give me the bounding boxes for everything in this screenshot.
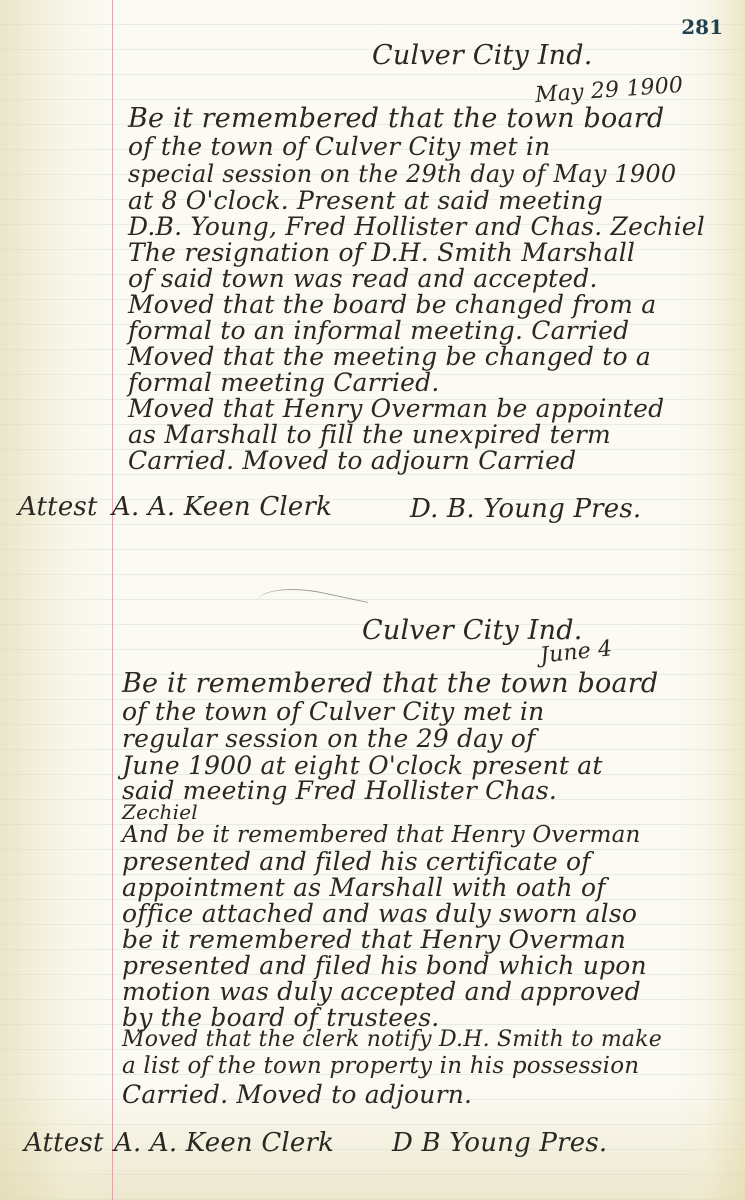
margin-rule bbox=[112, 0, 113, 1200]
entry-2-line: appointment as Marshall with oath of bbox=[122, 873, 606, 902]
entry-2-line: And be it remembered that Henry Overman bbox=[122, 822, 641, 848]
entry-1-line: of the town of Culver City met in bbox=[128, 132, 550, 161]
entry-1-line: of said town was read and accepted. bbox=[128, 264, 598, 293]
entry-2-line: presented and filed his certificate of bbox=[122, 847, 591, 876]
entry-1-attest-label: Attest bbox=[18, 492, 98, 522]
entry-1-line: Moved that the meeting be changed to a bbox=[128, 342, 651, 371]
entry-2-line: Moved that the clerk notify D.H. Smith t… bbox=[122, 1027, 662, 1052]
entry-2-line: presented and filed his bond which upon bbox=[122, 951, 647, 980]
entry-2-line: a list of the town property in his posse… bbox=[122, 1053, 639, 1079]
entry-2-line: regular session on the 29 day of bbox=[122, 724, 535, 753]
entry-1-line: Carried. Moved to adjourn Carried bbox=[128, 446, 576, 475]
entry-1-line: formal to an informal meeting. Carried bbox=[128, 316, 629, 345]
entry-2-line: Zechiel bbox=[122, 800, 198, 824]
ledger-page: 281 Culver City Ind. May 29 1900 Be it r… bbox=[0, 0, 745, 1200]
page-number: 281 bbox=[681, 15, 723, 39]
entry-2-line: be it remembered that Henry Overman bbox=[122, 925, 626, 954]
entry-1-line: The resignation of D.H. Smith Marshall bbox=[128, 238, 635, 267]
entry-1-line: special session on the 29th day of May 1… bbox=[128, 160, 676, 188]
entry-2-line: motion was duly accepted and approved bbox=[122, 977, 641, 1006]
entry-1-line: formal meeting Carried. bbox=[128, 368, 439, 397]
entry-1-line: Moved that Henry Overman be appointed bbox=[128, 394, 664, 423]
entry-2-line: Carried. Moved to adjourn. bbox=[122, 1080, 472, 1109]
entry-1-line: at 8 O'clock. Present at said meeting bbox=[128, 186, 603, 215]
entry-1-heading: Culver City Ind. bbox=[372, 40, 593, 71]
entry-1-line: as Marshall to fill the unexpired term bbox=[128, 420, 611, 449]
entry-2-clerk-signature: A. A. Keen Clerk bbox=[114, 1128, 334, 1158]
entry-1-line: Moved that the board be changed from a bbox=[128, 290, 656, 319]
entry-2-heading: Culver City Ind. bbox=[362, 615, 583, 646]
entry-2-president-signature: D B Young Pres. bbox=[392, 1128, 607, 1158]
entry-1-line: Be it remembered that the town board bbox=[128, 103, 664, 134]
entry-1-line: D.B. Young, Fred Hollister and Chas. Zec… bbox=[128, 212, 705, 241]
entry-2-line: of the town of Culver City met in bbox=[122, 697, 544, 726]
entry-2-line: office attached and was duly sworn also bbox=[122, 899, 637, 928]
entry-2-attest-label: Attest bbox=[24, 1128, 104, 1158]
entry-2-line: Be it remembered that the town board bbox=[122, 668, 658, 699]
entry-1-president-signature: D. B. Young Pres. bbox=[410, 494, 641, 524]
entry-1-clerk-signature: A. A. Keen Clerk bbox=[112, 492, 332, 522]
stray-pencil-mark bbox=[252, 579, 368, 642]
